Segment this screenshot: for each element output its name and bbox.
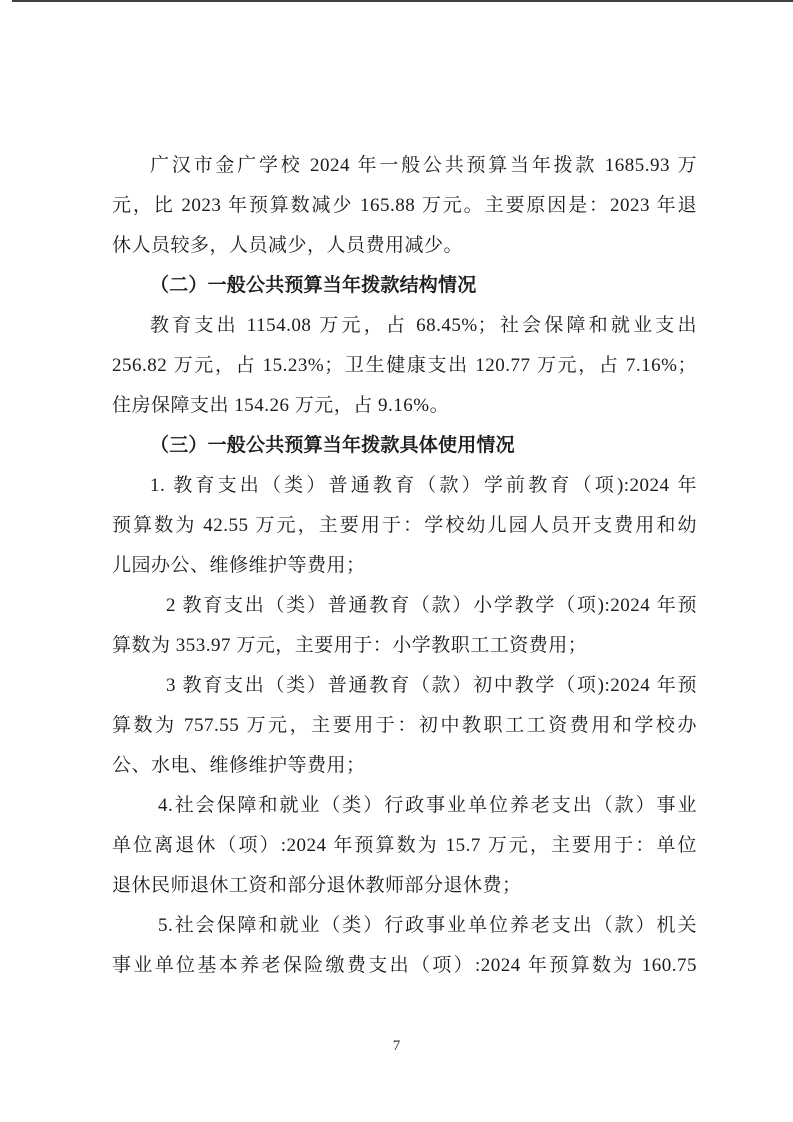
- text-line: 算数为 757.55 万元，主要用于：初中教职工工资费用和学校办: [112, 706, 697, 746]
- text-line: 住房保障支出 154.26 万元，占 9.16%。: [112, 386, 697, 426]
- text-line: 4.社会保障和就业（类）行政事业单位养老支出（款）事业: [112, 786, 697, 826]
- text-line: 5.社会保障和就业（类）行政事业单位养老支出（款）机关: [112, 906, 697, 946]
- text-line: 事业单位基本养老保险缴费支出（项）:2024 年预算数为 160.75: [112, 946, 697, 986]
- text-line: 算数为 353.97 万元，主要用于：小学教职工工资费用；: [112, 626, 697, 666]
- text-line: 预算数为 42.55 万元，主要用于：学校幼儿园人员开支费用和幼: [112, 506, 697, 546]
- text-line: 公、水电、维修维护等费用；: [112, 746, 697, 786]
- scan-edge-line: [12, 0, 793, 2]
- text-line: 广汉市金广学校 2024 年一般公共预算当年拨款 1685.93 万: [112, 146, 697, 186]
- section-heading: （三）一般公共预算当年拨款具体使用情况: [112, 426, 697, 466]
- page-number: 7: [0, 1036, 793, 1056]
- text-line: 元，比 2023 年预算数减少 165.88 万元。主要原因是：2023 年退: [112, 186, 697, 226]
- text-line: 退休民师退休工资和部分退休教师部分退休费；: [112, 866, 697, 906]
- text-line: 教育支出 1154.08 万元，占 68.45%；社会保障和就业支出: [112, 306, 697, 346]
- text-line: 3 教育支出（类）普通教育（款）初中教学（项):2024 年预: [112, 666, 697, 706]
- document-body: 广汉市金广学校 2024 年一般公共预算当年拨款 1685.93 万元，比 20…: [112, 146, 697, 986]
- text-line: 1. 教育支出（类）普通教育（款）学前教育（项):2024 年: [112, 466, 697, 506]
- text-line: 单位离退休（项）:2024 年预算数为 15.7 万元，主要用于：单位: [112, 826, 697, 866]
- section-heading: （二）一般公共预算当年拨款结构情况: [112, 266, 697, 306]
- text-line: 儿园办公、维修维护等费用；: [112, 546, 697, 586]
- text-line: 256.82 万元，占 15.23%；卫生健康支出 120.77 万元，占 7.…: [112, 346, 697, 386]
- text-line: 休人员较多，人员减少，人员费用减少。: [112, 226, 697, 266]
- text-line: 2 教育支出（类）普通教育（款）小学教学（项):2024 年预: [112, 586, 697, 626]
- document-page: 广汉市金广学校 2024 年一般公共预算当年拨款 1685.93 万元，比 20…: [0, 0, 793, 1122]
